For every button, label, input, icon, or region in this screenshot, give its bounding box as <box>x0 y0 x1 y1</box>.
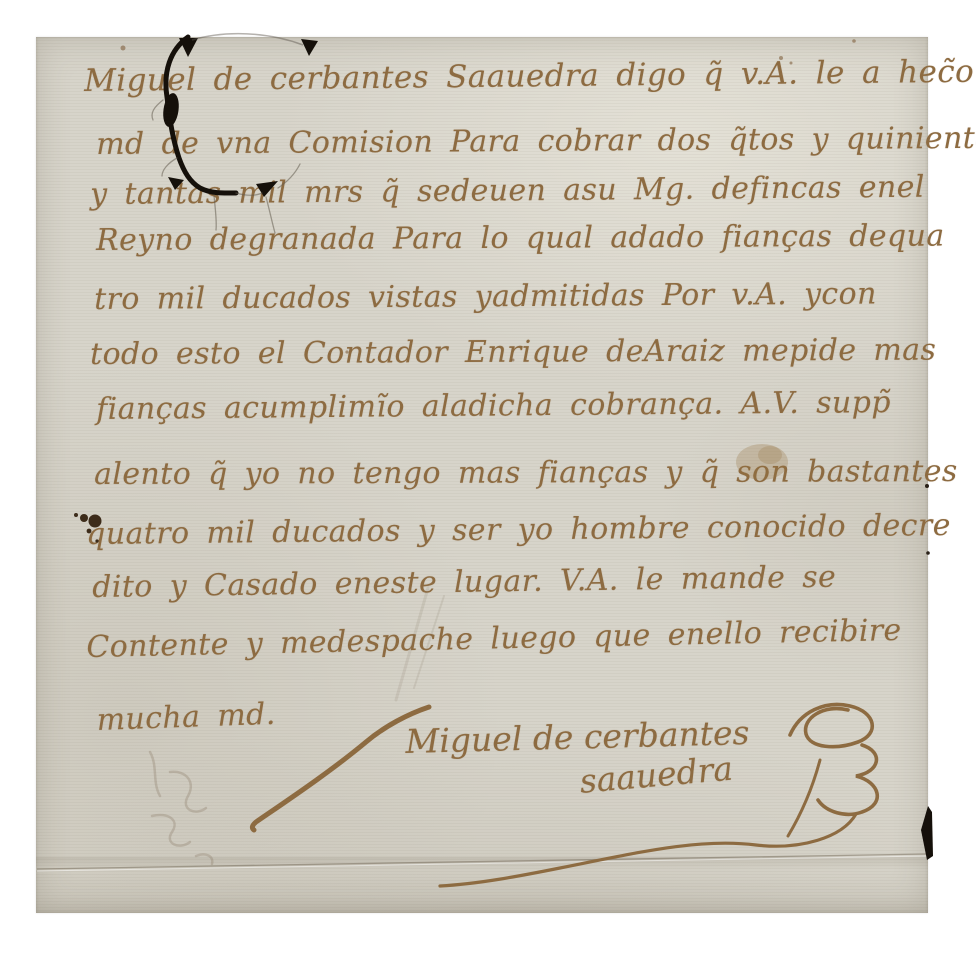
scanned-letter-page: Miguel de cerbantes Saauedra digo q̃ v.A… <box>0 0 976 960</box>
manuscript-line-8: alento q̃ yo no tengo mas fianças y q̃ s… <box>94 454 958 492</box>
manuscript-line-3: y tantas mil mrs q̃ sedeuen asu Mg. defi… <box>90 170 925 212</box>
manuscript-line-12: mucha md. <box>96 697 276 738</box>
manuscript-line-6: todo esto el Contador Enrique deAraiz me… <box>90 333 936 372</box>
manuscript-line-7: fianças acumplimĩo aladicha cobrança. A.… <box>96 385 891 427</box>
fold-crease-strip <box>36 857 928 913</box>
manuscript-line-2: md de vna Comision Para cobrar dos q̃tos… <box>96 121 976 162</box>
manuscript-line-5: tro mil ducados vistas yadmitidas Por v.… <box>94 277 877 317</box>
manuscript-line-4: Reyno degranada Para lo qual adado fianç… <box>96 219 945 258</box>
